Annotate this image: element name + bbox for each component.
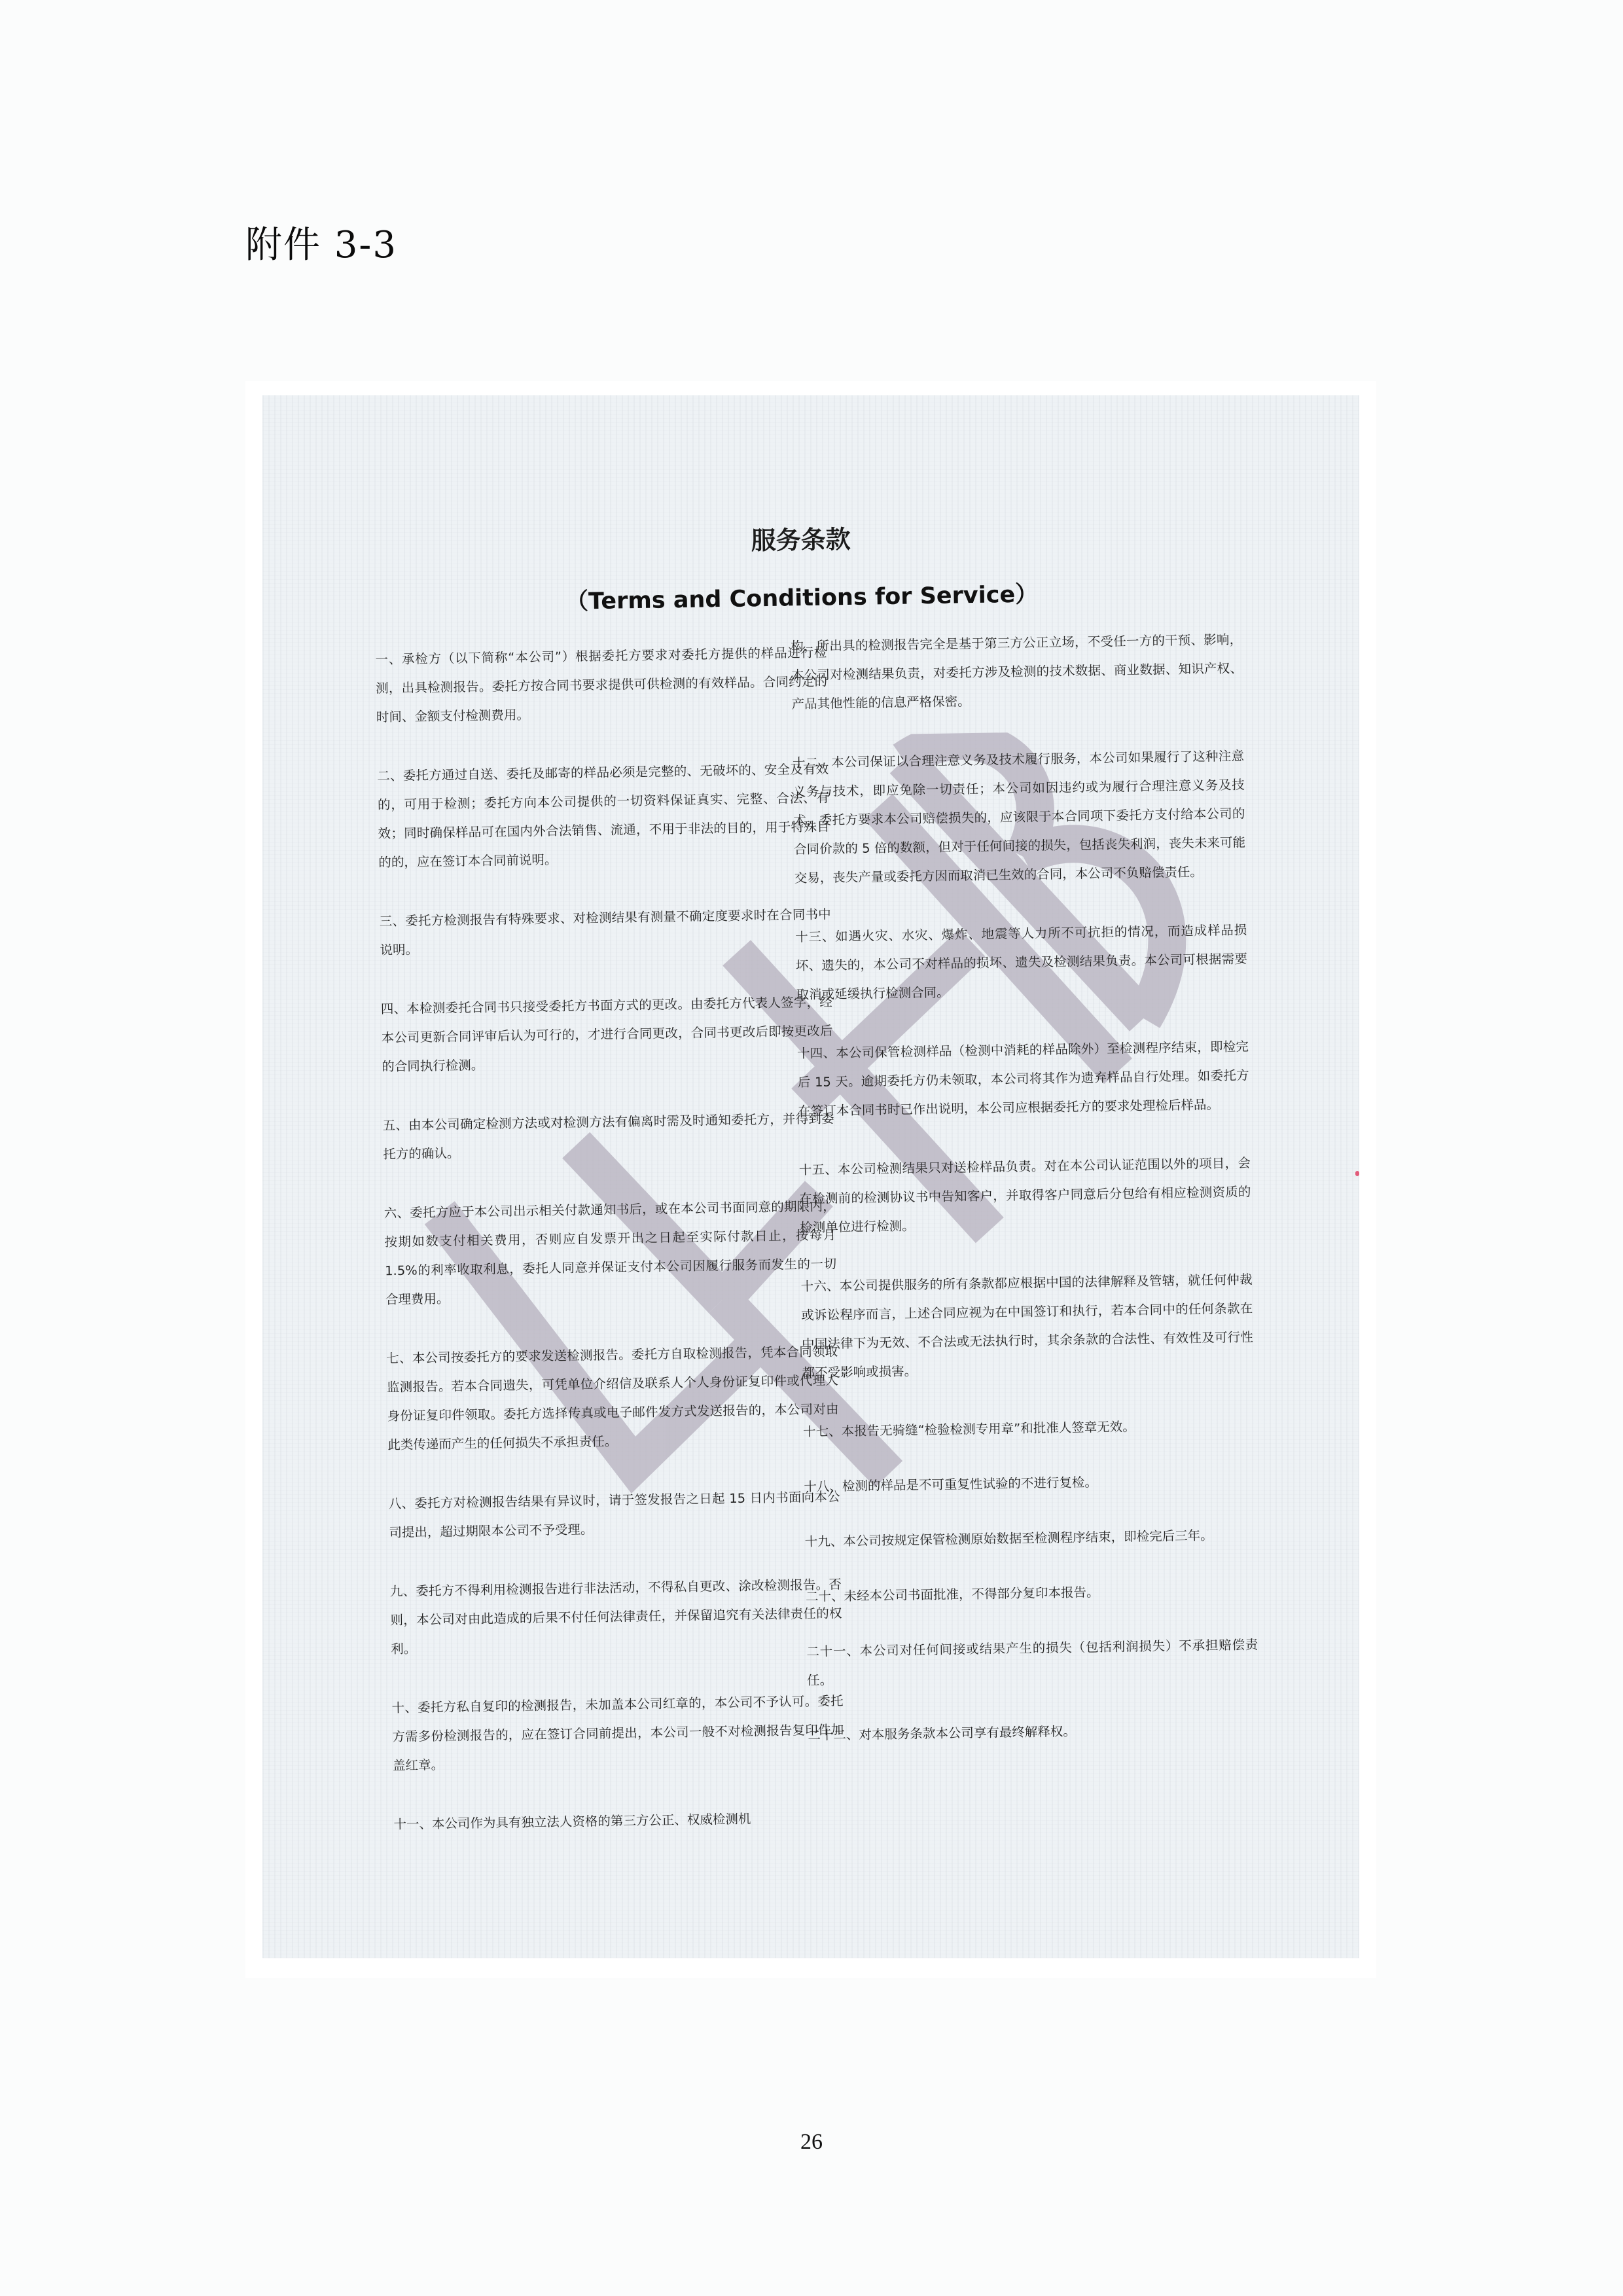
clause-17: 十七、本报告无骑缝“检验检测专用章”和批准人签章无效。 xyxy=(803,1410,1255,1446)
clause-21: 二十一、本公司对任何间接或结果产生的损失（包括利润损失）不承担赔偿责任。 xyxy=(806,1630,1258,1695)
clause-3: 三、委托方检测报告有特殊要求、对检测结果有测量不确定度要求时在合同书中说明。 xyxy=(379,900,831,965)
clause-16: 十六、本公司提供服务的所有条款都应根据中国的法律解释及管辖，就任何仲裁或诉讼程序… xyxy=(800,1265,1254,1388)
attachment-label: 附件 3-3 xyxy=(245,216,397,268)
clause-18: 十八、检测的样品是不可重复性试验的不进行复检。 xyxy=(804,1465,1256,1501)
document-title: 服务条款 xyxy=(262,511,1349,564)
clause-2: 二、委托方通过自送、委托及邮寄的样品必须是完整的、无破坏的、安全及有效的，可用于… xyxy=(377,755,830,877)
clause-11-continued: 构，所出具的检测报告完全是基于第三方公正立场，不受任一方的干预、影响，本公司对检… xyxy=(791,626,1243,719)
clause-1: 一、承检方（以下简称“本公司”）根据委托方要求对委托方提供的样品进行检测，出具检… xyxy=(375,639,828,732)
red-seal-edge-mark xyxy=(1355,1171,1359,1176)
scanned-document: 服务条款 （Terms and Conditions for Service） … xyxy=(262,395,1359,1958)
document-subtitle: （Terms and Conditions for Service） xyxy=(262,571,1350,621)
clause-14: 十四、本公司保管检测样品（检测中消耗的样品除外）至检测程序结束，即检完后 15 … xyxy=(797,1032,1250,1126)
clause-19: 十九、本公司按规定保管检测原始数据至检测程序结束，即检完后三年。 xyxy=(804,1520,1257,1556)
clause-11: 十一、本公司作为具有独立法人资格的第三方公正、权威检测机 xyxy=(393,1803,846,1839)
clause-12: 十二、本公司保证以合理注意义务及技术履行服务，本公司如果履行了这种注意义务与技术… xyxy=(793,742,1246,893)
clause-6: 六、委托方应于本公司出示相关付款通知书后，或在本公司书面同意的期限内，按期如数支… xyxy=(383,1192,837,1314)
page-number: 26 xyxy=(0,2130,1623,2155)
scanned-page-content: 服务条款 （Terms and Conditions for Service） … xyxy=(262,395,1359,1958)
clause-8: 八、委托方对检测报告结果有异议时，请于签发报告之日起 15 日内书面向本公司提出… xyxy=(388,1482,840,1547)
clause-10: 十、委托方私自复印的检测报告，未加盖本公司红章的，本公司不予认可。委托方需多份检… xyxy=(391,1687,844,1780)
clause-13: 十三、如遇火灾、水灾、爆炸、地震等人力所不可抗拒的情况，而造成样品损坏、遗失的，… xyxy=(795,916,1248,1009)
clause-22: 二十二、对本服务条款本公司享有最终解释权。 xyxy=(808,1714,1260,1750)
left-column: 一、承检方（以下简称“本公司”）根据委托方要求对委托方提供的样品进行检测，出具检… xyxy=(375,639,846,1870)
clause-9: 九、委托方不得利用检测报告进行非法活动，不得私自更改、涂改检测报告。否则，本公司… xyxy=(390,1570,843,1664)
clause-5: 五、由本公司确定检测方法或对检测方法有偏离时需及时通知委托方，并得到委托方的确认… xyxy=(382,1104,834,1169)
clause-7: 七、本公司按委托方的要求发送检测报告。委托方自取检测报告，凭本合同领取监测报告。… xyxy=(386,1337,840,1460)
clause-4: 四、本检测委托合同书只接受委托方书面方式的更改。由委托方代表人签字，经本公司更新… xyxy=(381,988,834,1081)
right-column: 构，所出具的检测报告完全是基于第三方公正立场，不受任一方的干预、影响，本公司对检… xyxy=(791,626,1260,1777)
scanned-document-frame: 服务条款 （Terms and Conditions for Service） … xyxy=(245,381,1376,1978)
clause-15: 十五、本公司检测结果只对送检样品负责。对在本公司认证范围以外的项目，会在检测前的… xyxy=(798,1149,1251,1242)
clause-20: 二十、未经本公司书面批准，不得部分复印本报告。 xyxy=(806,1575,1258,1611)
